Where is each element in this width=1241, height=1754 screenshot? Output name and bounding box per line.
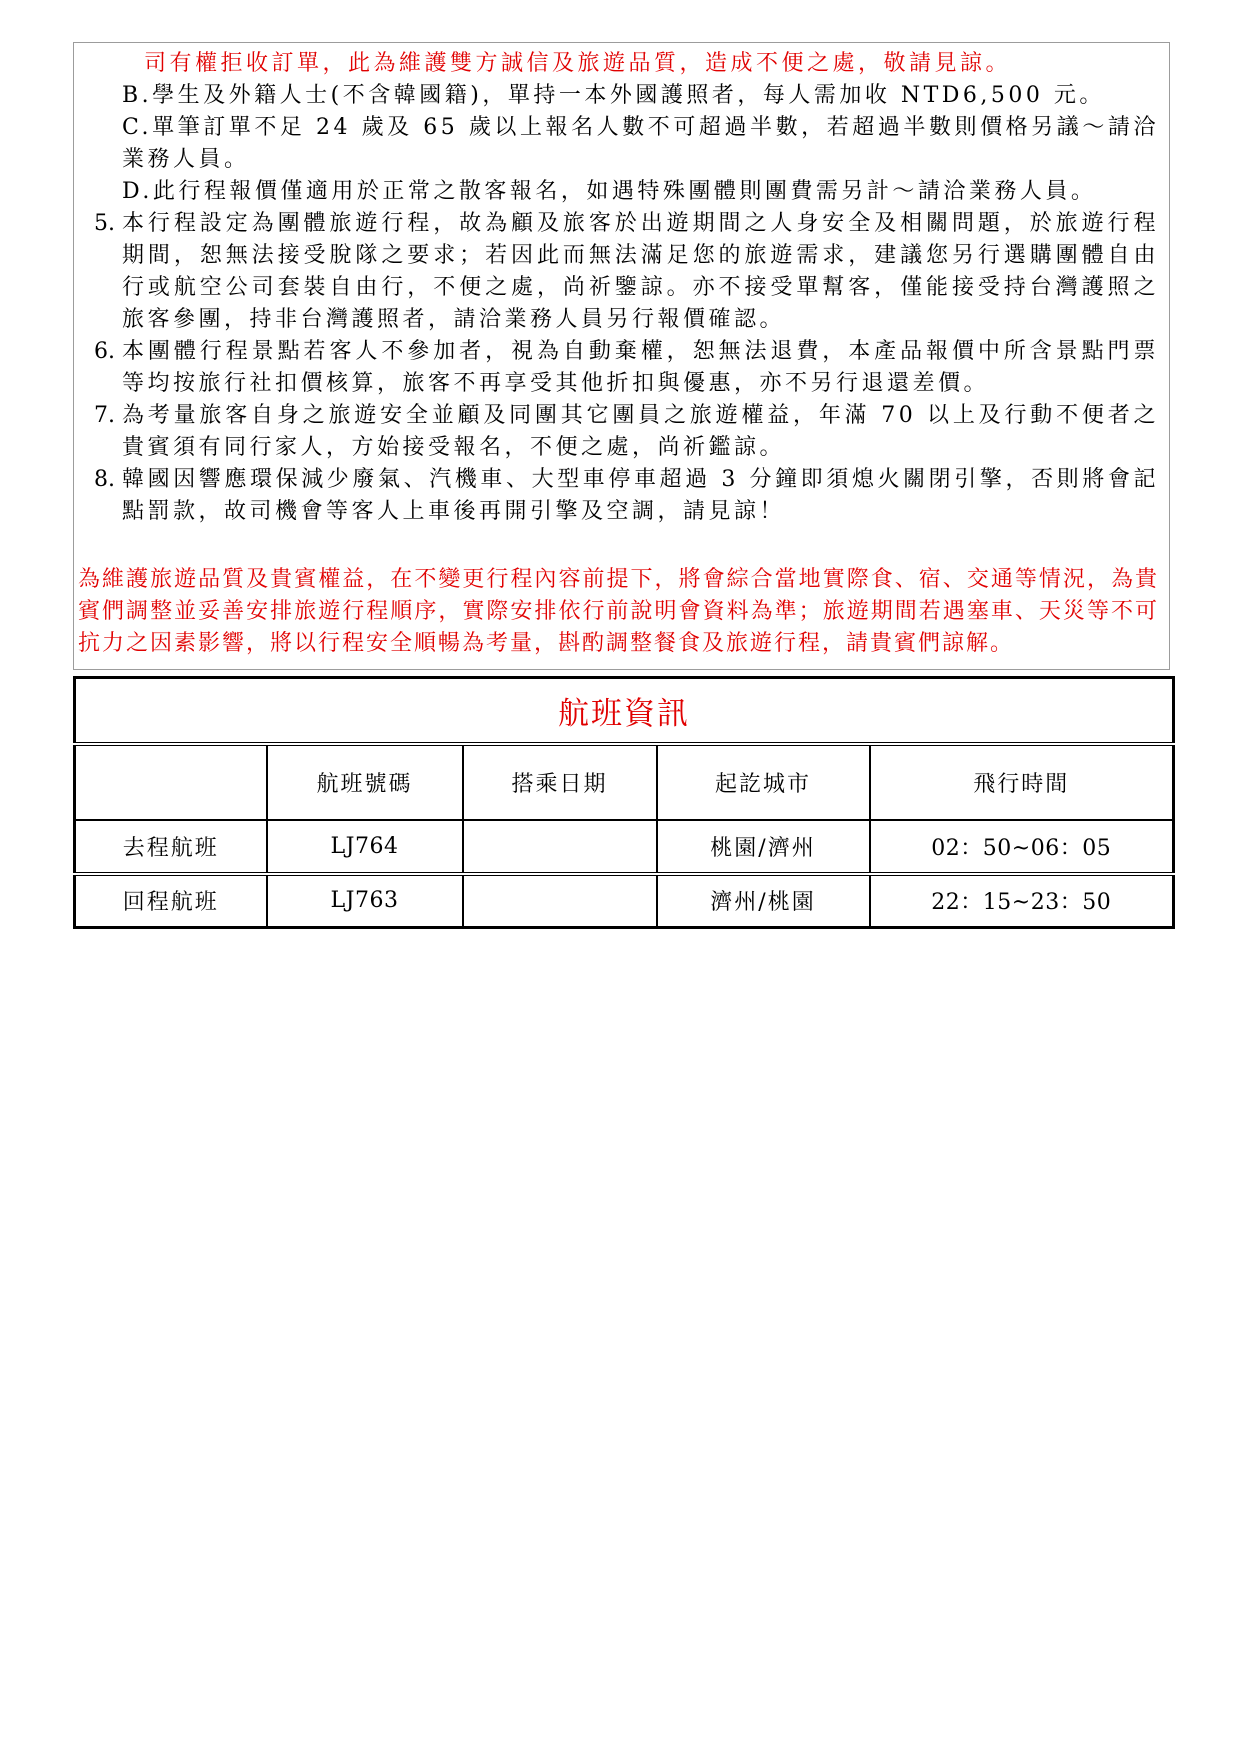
date-cell [463, 874, 657, 928]
item-text: 此行程報價僅適用於正常之散客報名，如遇特殊團體則團費需另計～請洽業務人員。 [153, 179, 1097, 204]
numbered-item-8: 8. 韓國因響應環保減少廢氣、汽機車、大型車停車超過 3 分鐘即須熄火關閉引擎，… [74, 464, 1159, 528]
item-number: 7. [74, 400, 122, 464]
table-row-return: 回程航班 LJ763 濟州/桃園 22：15~23：50 [75, 874, 1174, 928]
table-row-outbound: 去程航班 LJ764 桃園/濟州 02：50~06：05 [75, 820, 1174, 874]
item-number: 8. [74, 464, 122, 528]
column-header-route: 起訖城市 [657, 744, 870, 820]
item-letter: D. [122, 179, 153, 204]
route-cell: 桃園/濟州 [657, 820, 870, 874]
column-header-date: 搭乘日期 [463, 744, 657, 820]
item-number: 6. [74, 336, 122, 400]
flight-number-cell: LJ764 [267, 820, 463, 874]
item-text: 本團體行程景點若客人不參加者，視為自動棄權，恕無法退費，本產品報價中所含景點門票… [122, 336, 1159, 400]
flight-time-cell: 02：50~06：05 [870, 820, 1174, 874]
item-text: 韓國因響應環保減少廢氣、汽機車、大型車停車超過 3 分鐘即須熄火關閉引擎，否則將… [122, 464, 1159, 528]
lettered-item-d: D.此行程報價僅適用於正常之散客報名，如遇特殊團體則團費需另計～請洽業務人員。 [74, 176, 1159, 208]
numbered-item-5: 5. 本行程設定為團體旅遊行程，故為顧及旅客於出遊期間之人身安全及相關問題，於旅… [74, 208, 1159, 336]
flight-number-cell: LJ763 [267, 874, 463, 928]
item-text: 為考量旅客自身之旅遊安全並顧及同團其它團員之旅遊權益，年滿 70 以上及行動不便… [122, 400, 1159, 464]
red-intro-line: 司有權拒收訂單，此為維護雙方誠信及旅遊品質，造成不便之處，敬請見諒。 [74, 48, 1159, 80]
row-label-cell: 去程航班 [75, 820, 267, 874]
numbered-item-6: 6. 本團體行程景點若客人不參加者，視為自動棄權，恕無法退費，本產品報價中所含景… [74, 336, 1159, 400]
item-letter: B. [122, 83, 152, 108]
flight-info-table: 航班資訊 航班號碼 搭乘日期 起訖城市 飛行時間 去程航班 LJ764 桃園/濟… [73, 676, 1175, 929]
item-letter: C. [122, 115, 152, 140]
lettered-item-c: C.單筆訂單不足 24 歲及 65 歲以上報名人數不可超過半數，若超過半數則價格… [74, 112, 1159, 176]
numbered-item-7: 7. 為考量旅客自身之旅遊安全並顧及同團其它團員之旅遊權益，年滿 70 以上及行… [74, 400, 1159, 464]
item-number: 5. [74, 208, 122, 336]
route-cell: 濟州/桃園 [657, 874, 870, 928]
column-header-flight-number: 航班號碼 [267, 744, 463, 820]
lettered-item-b: B.學生及外籍人士(不含韓國籍)，單持一本外國護照者，每人需加收 NTD6,50… [74, 80, 1159, 112]
flight-table-title: 航班資訊 [75, 678, 1174, 744]
item-text: 本行程設定為團體旅遊行程，故為顧及旅客於出遊期間之人身安全及相關問題，於旅遊行程… [122, 208, 1159, 336]
flight-table-title-row: 航班資訊 [75, 678, 1174, 744]
row-label-cell: 回程航班 [75, 874, 267, 928]
date-cell [463, 820, 657, 874]
terms-conditions-box: 司有權拒收訂單，此為維護雙方誠信及旅遊品質，造成不便之處，敬請見諒。 B.學生及… [73, 42, 1170, 670]
column-header-flight-time: 飛行時間 [870, 744, 1174, 820]
red-notice-paragraph: 為維護旅遊品質及貴賓權益，在不變更行程內容前提下，將會綜合當地實際食、宿、交通等… [74, 564, 1159, 660]
item-text: 單筆訂單不足 24 歲及 65 歲以上報名人數不可超過半數，若超過半數則價格另議… [122, 115, 1159, 172]
flight-time-cell: 22：15~23：50 [870, 874, 1174, 928]
item-text: 學生及外籍人士(不含韓國籍)，單持一本外國護照者，每人需加收 NTD6,500 … [152, 83, 1105, 108]
flight-table-header-row: 航班號碼 搭乘日期 起訖城市 飛行時間 [75, 744, 1174, 820]
column-header-empty [75, 744, 267, 820]
